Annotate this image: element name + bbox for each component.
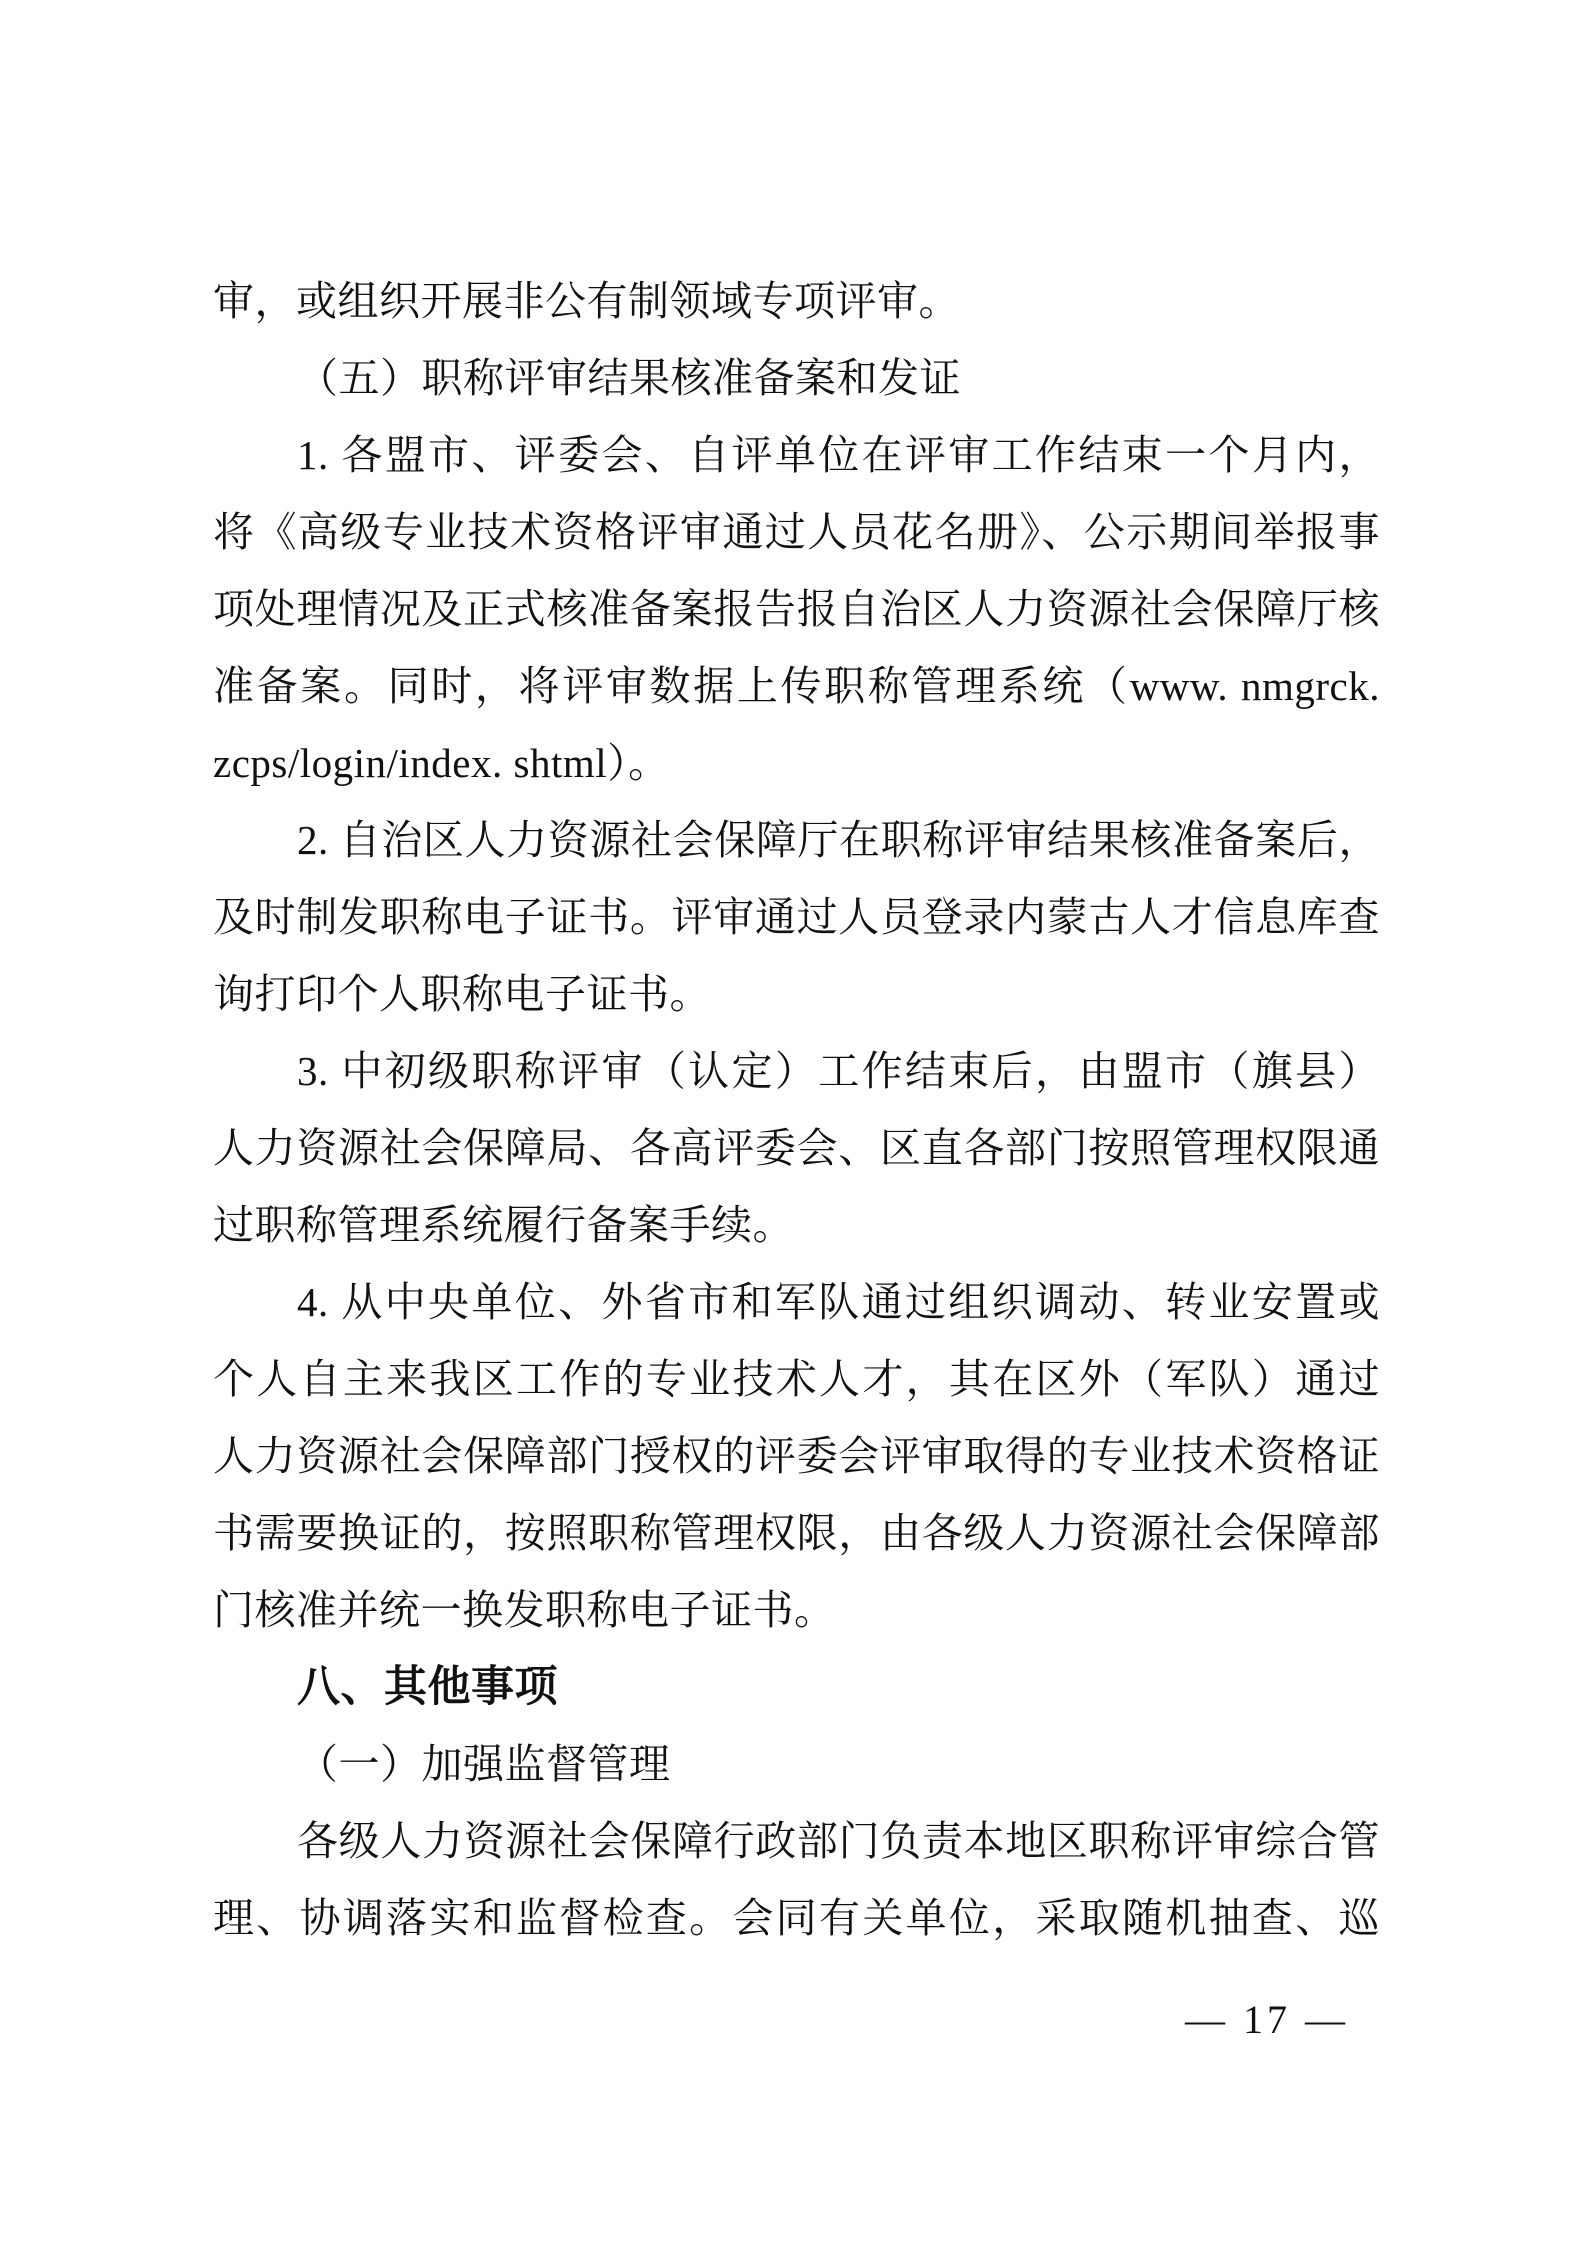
text-line: 3. 中初级职称评审（认定）工作结束后，由盟市（旗县） — [213, 1033, 1380, 1110]
text-line: 理、协调落实和监督检查。会同有关单位，采取随机抽查、巡 — [213, 1880, 1380, 1957]
text-line: 1. 各盟市、评委会、自评单位在评审工作结束一个月内， — [213, 417, 1380, 494]
text-line: 及时制发职称电子证书。评审通过人员登录内蒙古人才信息库查 — [213, 879, 1380, 956]
text-line: 4. 从中央单位、外省市和军队通过组织调动、转业安置或 — [213, 1264, 1380, 1341]
subsection-heading: （一）加强监督管理 — [213, 1726, 1380, 1803]
text-line: 2. 自治区人力资源社会保障厅在职称评审结果核准备案后， — [213, 802, 1380, 879]
section-heading: 八、其他事项 — [213, 1649, 1380, 1726]
text-line: 询打印个人职称电子证书。 — [213, 956, 1380, 1033]
text-line: zcps/login/index. shtml）。 — [213, 725, 1380, 802]
text-line: 书需要换证的，按照职称管理权限，由各级人力资源社会保障部 — [213, 1495, 1380, 1572]
document-page: 审，或组织开展非公有制领域专项评审。（五）职称评审结果核准备案和发证1. 各盟市… — [0, 0, 1587, 2245]
document-text-block: 审，或组织开展非公有制领域专项评审。（五）职称评审结果核准备案和发证1. 各盟市… — [213, 263, 1380, 1957]
text-line: 将《高级专业技术资格评审通过人员花名册》、公示期间举报事 — [213, 494, 1380, 571]
text-line: 审，或组织开展非公有制领域专项评审。 — [213, 263, 1380, 340]
text-line: 人力资源社会保障部门授权的评委会评审取得的专业技术资格证 — [213, 1418, 1380, 1495]
text-line: 项处理情况及正式核准备案报告报自治区人力资源社会保障厅核 — [213, 571, 1380, 648]
text-line: 人力资源社会保障局、各高评委会、区直各部门按照管理权限通 — [213, 1110, 1380, 1187]
subsection-heading: （五）职称评审结果核准备案和发证 — [213, 340, 1380, 417]
page-number: — 17 — — [1185, 1995, 1349, 2045]
text-line: 过职称管理系统履行备案手续。 — [213, 1187, 1380, 1264]
text-line: 门核准并统一换发职称电子证书。 — [213, 1572, 1380, 1649]
text-line: 各级人力资源社会保障行政部门负责本地区职称评审综合管 — [213, 1803, 1380, 1880]
text-line: 个人自主来我区工作的专业技术人才，其在区外（军队）通过 — [213, 1341, 1380, 1418]
text-line: 准备案。同时，将评审数据上传职称管理系统（www. nmgrck. cn/ — [213, 648, 1380, 725]
